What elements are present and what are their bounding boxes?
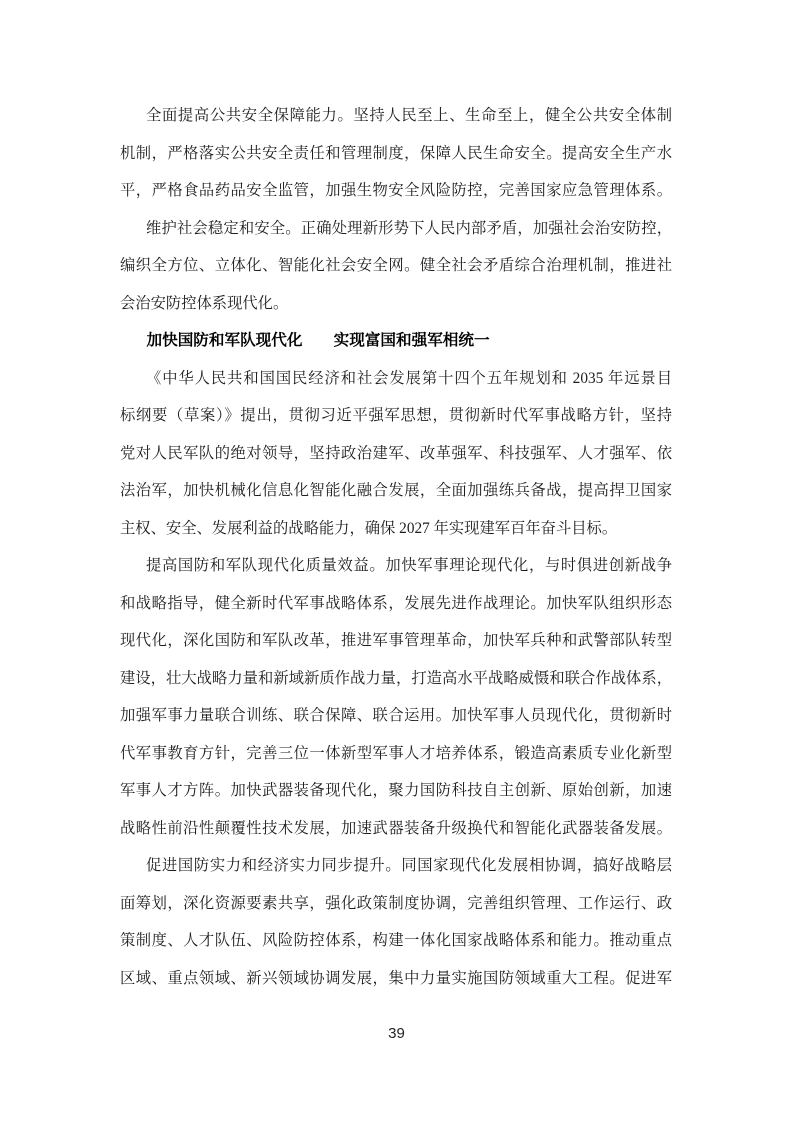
paragraph-line: 现代化，深化国防和军队改革，推进军事管理革命，加快军兵种和武警部队转型 xyxy=(120,622,672,660)
section-heading: 加快国防和军队现代化 实现富国和强军相统一 xyxy=(120,322,672,360)
paragraph-line: 机制，严格落实公共安全责任和管理制度，保障人民生命安全。提高安全生产水 xyxy=(120,135,672,173)
paragraph-line: 面筹划，深化资源要素共享，强化政策制度协调，完善组织管理、工作运行、政 xyxy=(120,885,672,923)
document-page: 全面提高公共安全保障能力。坚持人民至上、生命至上，健全公共安全体制机制，严格落实… xyxy=(0,0,793,1122)
paragraph-line: 策制度、人才队伍、风险防控体系，构建一体化国家战略体系和能力。推动重点 xyxy=(120,922,672,960)
paragraph-line: 党对人民军队的绝对领导，坚持政治建军、改革强军、科技强军、人才强军、依 xyxy=(120,435,672,473)
paragraph-line: 区域、重点领域、新兴领域协调发展，集中力量实施国防领域重大工程。促进军 xyxy=(120,960,672,998)
paragraph-line: 维护社会稳定和安全。正确处理新形势下人民内部矛盾，加强社会治安防控， xyxy=(120,210,672,248)
paragraph-line: 加强军事力量联合训练、联合保障、联合运用。加快军事人员现代化，贯彻新时 xyxy=(120,697,672,735)
page-number: 39 xyxy=(388,1025,405,1042)
paragraph-line: 全面提高公共安全保障能力。坚持人民至上、生命至上，健全公共安全体制 xyxy=(120,97,672,135)
paragraph-line: 促进国防实力和经济实力同步提升。同国家现代化发展相协调，搞好战略层 xyxy=(120,847,672,885)
paragraph-line: 和战略指导，健全新时代军事战略体系，发展先进作战理论。加快军队组织形态 xyxy=(120,585,672,623)
paragraph-line: 编织全方位、立体化、智能化社会安全网。健全社会矛盾综合治理机制，推进社 xyxy=(120,247,672,285)
paragraph-line: 会治安防控体系现代化。 xyxy=(120,285,672,323)
paragraph-line: 代军事教育方针，完善三位一体新型军事人才培养体系，锻造高素质专业化新型 xyxy=(120,735,672,773)
paragraph-line: 主权、安全、发展利益的战略能力，确保 2027 年实现建军百年奋斗目标。 xyxy=(120,510,672,548)
page-footer: 39 xyxy=(0,1024,793,1044)
paragraph-line: 《中华人民共和国国民经济和社会发展第十四个五年规划和 2035 年远景目 xyxy=(120,360,672,398)
paragraph-line: 平，严格食品药品安全监管，加强生物安全风险防控，完善国家应急管理体系。 xyxy=(120,172,672,210)
document-body: 全面提高公共安全保障能力。坚持人民至上、生命至上，健全公共安全体制机制，严格落实… xyxy=(120,97,672,997)
paragraph-line: 标纲要（草案）》提出，贯彻习近平强军思想，贯彻新时代军事战略方针，坚持 xyxy=(120,397,672,435)
paragraph-line: 军事人才方阵。加快武器装备现代化，聚力国防科技自主创新、原始创新，加速 xyxy=(120,772,672,810)
paragraph-line: 建设，壮大战略力量和新域新质作战力量，打造高水平战略威慑和联合作战体系， xyxy=(120,660,672,698)
paragraph-line: 提高国防和军队现代化质量效益。加快军事理论现代化，与时俱进创新战争 xyxy=(120,547,672,585)
paragraph-line: 法治军，加快机械化信息化智能化融合发展，全面加强练兵备战，提高捍卫国家 xyxy=(120,472,672,510)
paragraph-line: 战略性前沿性颠覆性技术发展，加速武器装备升级换代和智能化武器装备发展。 xyxy=(120,810,672,848)
